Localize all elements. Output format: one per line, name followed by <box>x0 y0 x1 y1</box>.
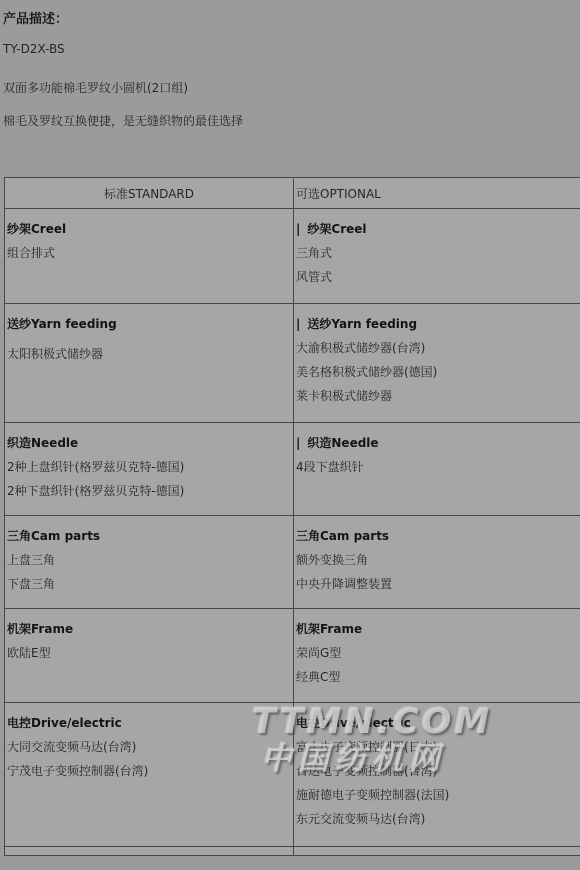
spec-item: 经典C型 <box>296 665 580 689</box>
list-marker: | <box>296 317 300 331</box>
spec-item: 2种上盘织针(格罗兹贝克特-德国) <box>7 455 291 479</box>
standard-cell <box>5 847 294 856</box>
standard-cell: 三角Cam parts 上盘三角 下盘三角 <box>5 516 294 609</box>
optional-cell: 机架Frame 荣尚G型 经典C型 <box>294 609 580 703</box>
standard-cell: 织造Needle 2种上盘织针(格罗兹贝克特-德国) 2种下盘织针(格罗兹贝克特… <box>5 423 294 516</box>
spec-table: 标准STANDARD 可选OPTIONAL 纱架Creel 组合排式 |纱架Cr… <box>4 177 580 856</box>
spec-item: 太阳积极式储纱器 <box>7 342 291 366</box>
category-title: 织造Needle <box>307 436 378 450</box>
category-title: 织造Needle <box>7 431 291 455</box>
table-row: 送纱Yarn feeding 太阳积极式储纱器 |送纱Yarn feeding … <box>5 304 580 423</box>
spec-item: 大渝积极式储纱器(台湾) <box>296 336 580 360</box>
spec-item: 中央升降调整装置 <box>296 572 580 596</box>
category-title: 三角Cam parts <box>7 524 291 548</box>
spec-item: 风管式 <box>296 265 580 289</box>
table-row: 纱架Creel 组合排式 |纱架Creel 三角式 风管式 <box>5 209 580 304</box>
spec-item: 美名格积极式储纱器(德国) <box>296 360 580 384</box>
spec-item: 额外变换三角 <box>296 548 580 572</box>
spec-item: 2种下盘织针(格罗兹贝克特-德国) <box>7 479 291 503</box>
standard-cell: 电控Drive/electric 大同交流变频马达(台湾) 宁茂电子变频控制器(… <box>5 703 294 847</box>
category-title: 纱架Creel <box>7 217 291 241</box>
table-header-row: 标准STANDARD 可选OPTIONAL <box>5 178 580 209</box>
optional-cell: |织造Needle 4段下盘织针 <box>294 423 580 516</box>
table-row: 电控Drive/electric 大同交流变频马达(台湾) 宁茂电子变频控制器(… <box>5 703 580 847</box>
category-title: 三角Cam parts <box>296 529 389 543</box>
spec-item: 组合排式 <box>7 241 291 265</box>
spec-item: 4段下盘织针 <box>296 455 580 479</box>
category-title: 电控Drive/electric <box>296 716 411 730</box>
product-model: TY-D2X-BS <box>3 42 65 56</box>
spec-item: 大同交流变频马达(台湾) <box>7 735 291 759</box>
spec-item: 下盘三角 <box>7 572 291 596</box>
standard-column-header: 标准STANDARD <box>5 178 294 209</box>
standard-cell: 机架Frame 欧陆E型 <box>5 609 294 703</box>
list-marker: | <box>296 222 300 236</box>
section-label: 产品描述： <box>3 8 68 27</box>
spec-item: 荣尚G型 <box>296 641 580 665</box>
spec-item: 台达电子变频控制器(台湾) <box>296 759 580 783</box>
spec-item: 施耐德电子变频控制器(法国) <box>296 783 580 807</box>
spec-item: 三角式 <box>296 241 580 265</box>
table-row: 机架Frame 欧陆E型 机架Frame 荣尚G型 经典C型 <box>5 609 580 703</box>
spec-item: 莱卡积极式储纱器 <box>296 384 580 408</box>
category-title: 机架Frame <box>296 622 362 636</box>
table-row: 织造Needle 2种上盘织针(格罗兹贝克特-德国) 2种下盘织针(格罗兹贝克特… <box>5 423 580 516</box>
list-marker: | <box>296 436 300 450</box>
optional-cell: 三角Cam parts 额外变换三角 中央升降调整装置 <box>294 516 580 609</box>
product-description-page: 产品描述： TY-D2X-BS 双面多功能棉毛罗纹小圆机(2口组) 棉毛及罗纹互… <box>0 0 580 870</box>
standard-cell: 送纱Yarn feeding 太阳积极式储纱器 <box>5 304 294 423</box>
table-row: 三角Cam parts 上盘三角 下盘三角 三角Cam parts 额外变换三角… <box>5 516 580 609</box>
optional-cell <box>294 847 580 856</box>
standard-cell: 纱架Creel 组合排式 <box>5 209 294 304</box>
product-tagline: 棉毛及罗纹互换便捷，是无缝织物的最佳选择 <box>3 112 243 129</box>
product-name: 双面多功能棉毛罗纹小圆机(2口组) <box>3 79 188 96</box>
optional-cell: |送纱Yarn feeding 大渝积极式储纱器(台湾) 美名格积极式储纱器(德… <box>294 304 580 423</box>
spec-item: 欧陆E型 <box>7 641 291 665</box>
category-title: 纱架Creel <box>307 222 366 236</box>
spec-item: 东元交流变频马达(台湾) <box>296 807 580 831</box>
spec-item: 上盘三角 <box>7 548 291 572</box>
optional-cell: 电控Drive/electric 富士电子变频控制器(日本) 台达电子变频控制器… <box>294 703 580 847</box>
category-title: 电控Drive/electric <box>7 711 291 735</box>
category-title: 送纱Yarn feeding <box>7 312 291 336</box>
category-title: 机架Frame <box>7 617 291 641</box>
spec-item: 富士电子变频控制器(日本) <box>296 735 580 759</box>
intro-block: 产品描述： TY-D2X-BS 双面多功能棉毛罗纹小圆机(2口组) 棉毛及罗纹互… <box>0 0 580 177</box>
optional-cell: |纱架Creel 三角式 风管式 <box>294 209 580 304</box>
category-title: 送纱Yarn feeding <box>307 317 417 331</box>
optional-column-header: 可选OPTIONAL <box>294 178 580 209</box>
spec-item: 宁茂电子变频控制器(台湾) <box>7 759 291 783</box>
table-row-partial <box>5 847 580 856</box>
